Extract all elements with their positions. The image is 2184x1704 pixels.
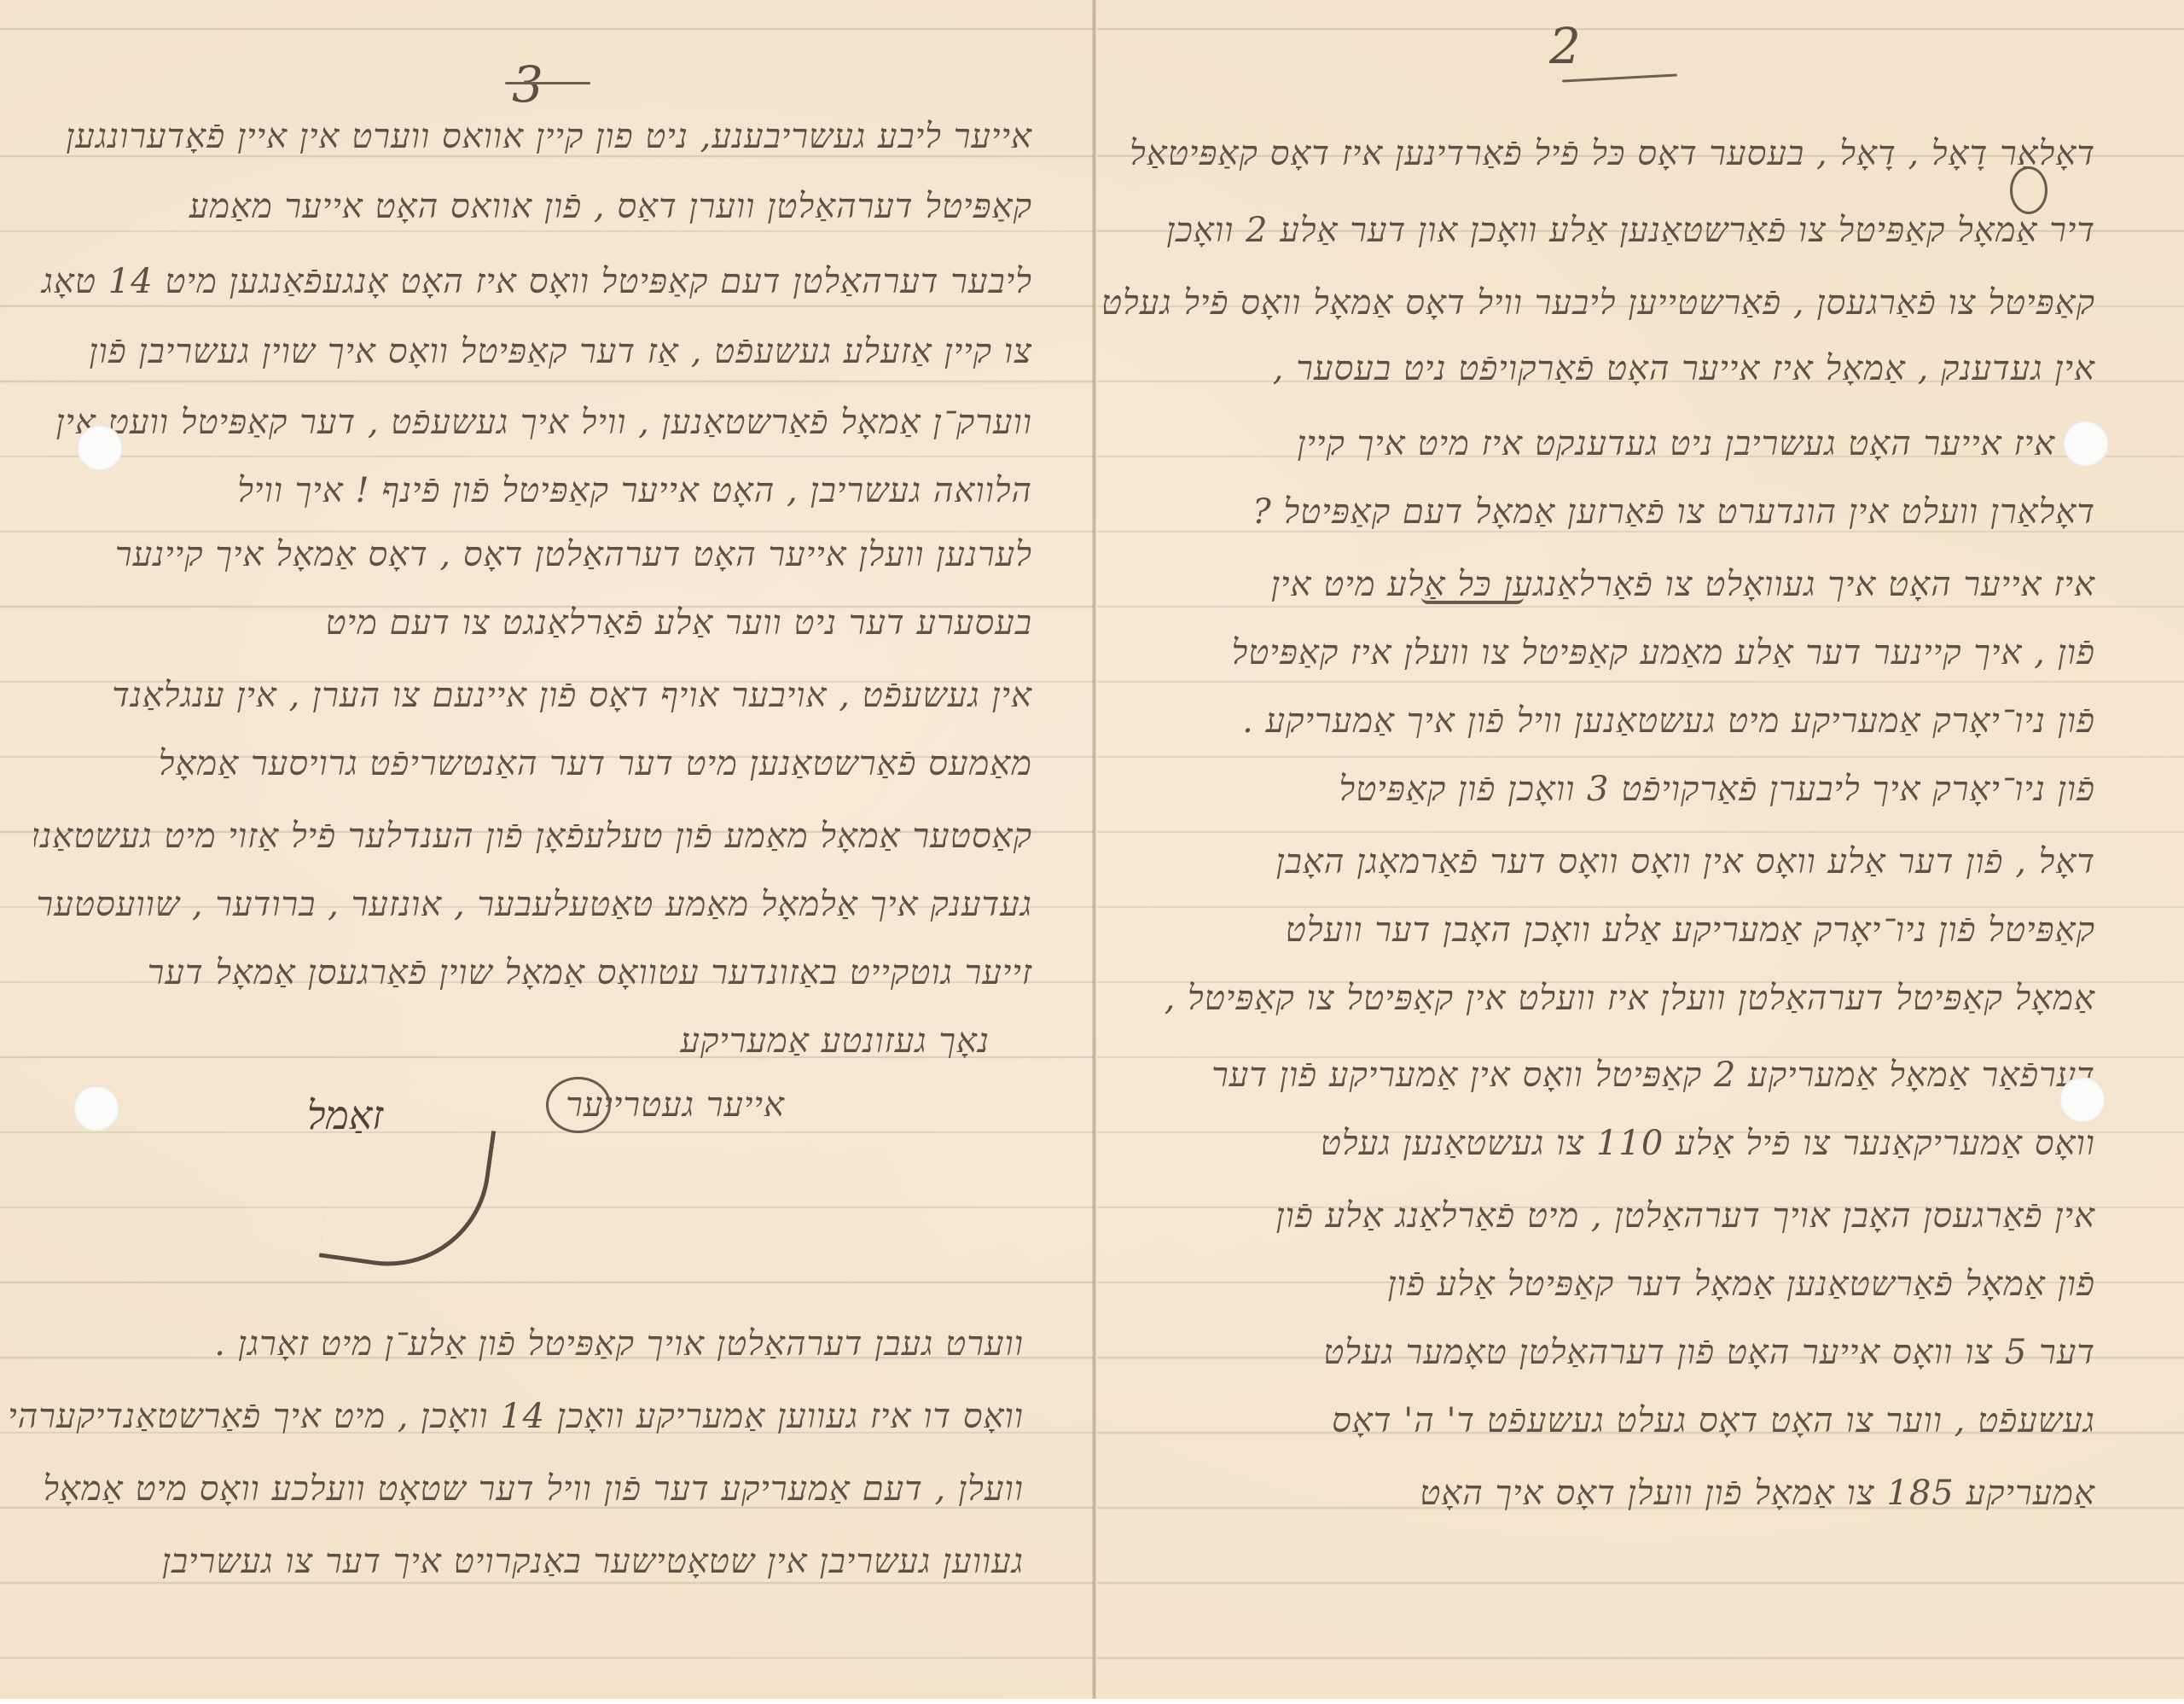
text-line: קאַפּיטל צו פֿאַרגעסן , פֿאַרשטייען ליבע…	[1097, 286, 2095, 320]
punch-hole	[77, 425, 123, 471]
text-line: דער 5 צו וואָס אייער האָט פֿון דערהאַלטן…	[1148, 1335, 2095, 1370]
text-line: ווערק־ן אַמאָל פֿאַרשטאַנען , וויל איך ג…	[17, 405, 1032, 439]
text-line: ליבער דערהאַלטן דעם קאַפּיטל וואָס איז ה…	[17, 265, 1032, 299]
paper-edge	[0, 1699, 2184, 1704]
text-line: מאַמעס פֿאַרשטאַנען מיט דער דער האַנטשרי…	[34, 747, 1032, 781]
text-line: לערנען וועלן אייער האָט דערהאַלטן דאָס ,…	[34, 538, 1032, 572]
text-line: צו איז אייער האָט געשריבן ניט געדענקט אי…	[1131, 427, 2095, 461]
page-number-underline	[505, 82, 590, 84]
text-line: דאָלאַרן וועלט אין הונדערט צו פֿאַרזען א…	[1097, 495, 2095, 529]
punch-hole	[73, 1085, 119, 1131]
text-line: פֿון ניו־יאָרק אַמעריקע מיט געשטאַנען וו…	[1148, 704, 2095, 738]
text-line: דאָל , פֿון דער אַלע וואָס אין וואָס ווא…	[1114, 845, 2095, 879]
text-line: דיר אַמאָל קאַפּיטל צו פֿאַרשטאַנען אַלע…	[1114, 213, 2095, 247]
text-line: צו קיין אַזעלע געשעפֿט , אַז דער קאַפּיט…	[17, 334, 1032, 369]
text-line: איז אייער האָט איך געוואָלט צו פֿאַרלאַנ…	[1114, 567, 2095, 602]
text-line: אין געדענק , אַמאָל איז אייער האָט פֿאַר…	[1114, 352, 2095, 386]
text-line: דאָלאַר דָאָל , דָאָל , בעסער דאָס כּל פ…	[1114, 137, 2095, 171]
punch-hole	[2059, 1077, 2106, 1123]
ink-underline-flourish	[1421, 589, 1524, 604]
text-line: הלוואה געשריבן , האָט אייער קאַפּיטל פֿו…	[34, 474, 1032, 508]
text-line: קאַפּיטל דערהאַלטן ווערן דאַס , פֿון אוו…	[26, 189, 1032, 224]
text-line: פֿון אַמאָל פֿאַרשטאַנען אַמאָל דער קאַפ…	[1148, 1267, 2095, 1301]
page-number: 3	[512, 60, 543, 109]
page-3: 3 אייער ליבע געשריבענע, ניט פון קיין אוו…	[0, 0, 1094, 1704]
text-line: געדענק איך אַלמאָל מאַמע טאַטעלעבער , או…	[34, 887, 1032, 922]
text-line: וואָס אַמעריקאַנער צו פֿיל אַלע 110 צו ג…	[1157, 1126, 2095, 1160]
text-line: פֿון ניו־יאָרק איך ליבערן פֿאַרקויפֿט 3 …	[1148, 772, 2095, 806]
postscript-line: ווערט געבן דערהאַלטן אויך קאַפּיטל פֿון …	[51, 1327, 1024, 1361]
ink-flourish	[546, 1077, 611, 1133]
postscript-line: געווען געשריבן אין שטאָטישער באַנקרויט א…	[34, 1544, 1024, 1579]
text-line: קאַסטער אַמאָל מאַמע פֿון טעלעפֿאָן פֿון…	[34, 819, 1032, 853]
text-line: אַמעריקע 185 צו אַמאָל פֿון וועלן דאָס א…	[1114, 1476, 2095, 1510]
ink-flourish	[2010, 166, 2047, 214]
text-line: אין פֿאַרגעסן האָבן אויך דערהאַלטן , מיט…	[1148, 1199, 2095, 1233]
text-line: בעסערע דער ניט ווער אַלע פֿאַרלאַנגט צו …	[34, 606, 1032, 640]
signature-flourish	[319, 1109, 497, 1279]
page-number: 2	[1549, 21, 1581, 71]
text-line: געשעפֿט , ווער צו האָט דאָס געלט געשעפֿט…	[1114, 1404, 2095, 1438]
letter-scan: 3 אייער ליבע געשריבענע, ניט פון קיין אוו…	[0, 0, 2184, 1704]
text-line: אין געשעפֿט , אויבער אויף דאָס פֿון איינ…	[34, 678, 1032, 712]
punch-hole	[2063, 421, 2109, 467]
center-fold	[1092, 0, 1096, 1704]
text-line: פֿון , איך קיינער דער אַלע מאַמע קאַפּיט…	[1114, 636, 2095, 670]
postscript-line: וואָס דו איז געווען אַמעריקע וואָכן 14 ו…	[9, 1399, 1024, 1434]
text-line: דערפֿאַר אַמאָל אַמעריקע 2 קאַפּיטל וואָ…	[1148, 1058, 2095, 1092]
text-line: קאַפּיטל פֿון ניו־יאָרק אַמעריקע אַלע וו…	[1114, 913, 2095, 947]
text-line: נאָך געזונטע אַמעריקע	[478, 1024, 990, 1058]
text-line: זייער גוטקייט באַזונדער עטוואָס אַמאָל ש…	[34, 956, 1032, 990]
text-line: אייער ליבע געשריבענע, ניט פון קיין אוואס…	[26, 119, 1032, 154]
postscript-line: וועלן , דעם אַמעריקע דער פֿון וויל דער ש…	[34, 1472, 1024, 1506]
page-2: 2 דאָלאַר דָאָל , דָאָל , בעסער דאָס כּל…	[1097, 0, 2184, 1704]
text-line: אַמאָל קאַפּיטל דערהאַלטן וועלן איז וועל…	[1148, 981, 2095, 1015]
